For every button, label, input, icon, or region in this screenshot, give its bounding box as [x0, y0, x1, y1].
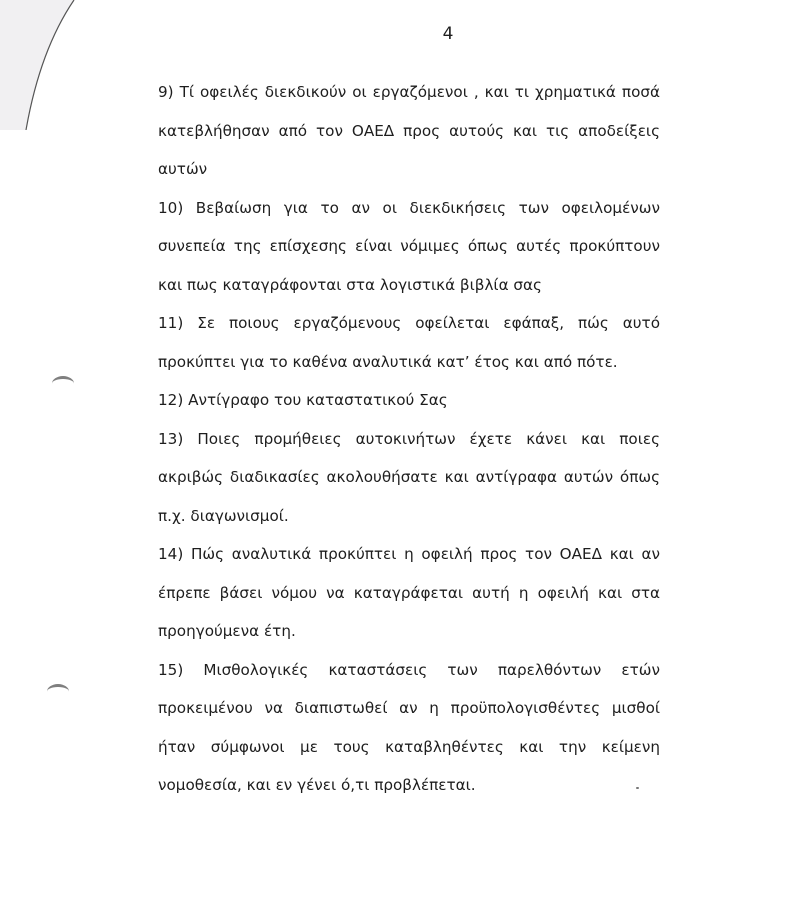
list-item: 11) Σε ποιους εργαζόμενους οφείλεται εφά…: [158, 304, 660, 381]
list-item: 13) Ποιες προμήθειες αυτοκινήτων έχετε κ…: [158, 420, 660, 536]
document-body: 9) Τί οφειλές διεκδικούν οι εργαζόμενοι …: [158, 73, 660, 805]
list-item: 14) Πώς αναλυτικά προκύπτει η οφειλή προ…: [158, 535, 660, 651]
list-item: 10) Βεβαίωση για το αν οι διεκδικήσεις τ…: [158, 189, 660, 305]
page-number: 4: [0, 24, 810, 44]
punch-hole-mark: [47, 684, 69, 699]
page-curl-edge: [0, 0, 80, 130]
list-item: 12) Αντίγραφο του καταστατικού Σας: [158, 381, 660, 420]
list-item: 15) Μισθολογικές καταστάσεις των παρελθό…: [158, 651, 660, 805]
punch-hole-mark: [52, 376, 74, 391]
list-item: 9) Τί οφειλές διεκδικούν οι εργαζόμενοι …: [158, 73, 660, 189]
